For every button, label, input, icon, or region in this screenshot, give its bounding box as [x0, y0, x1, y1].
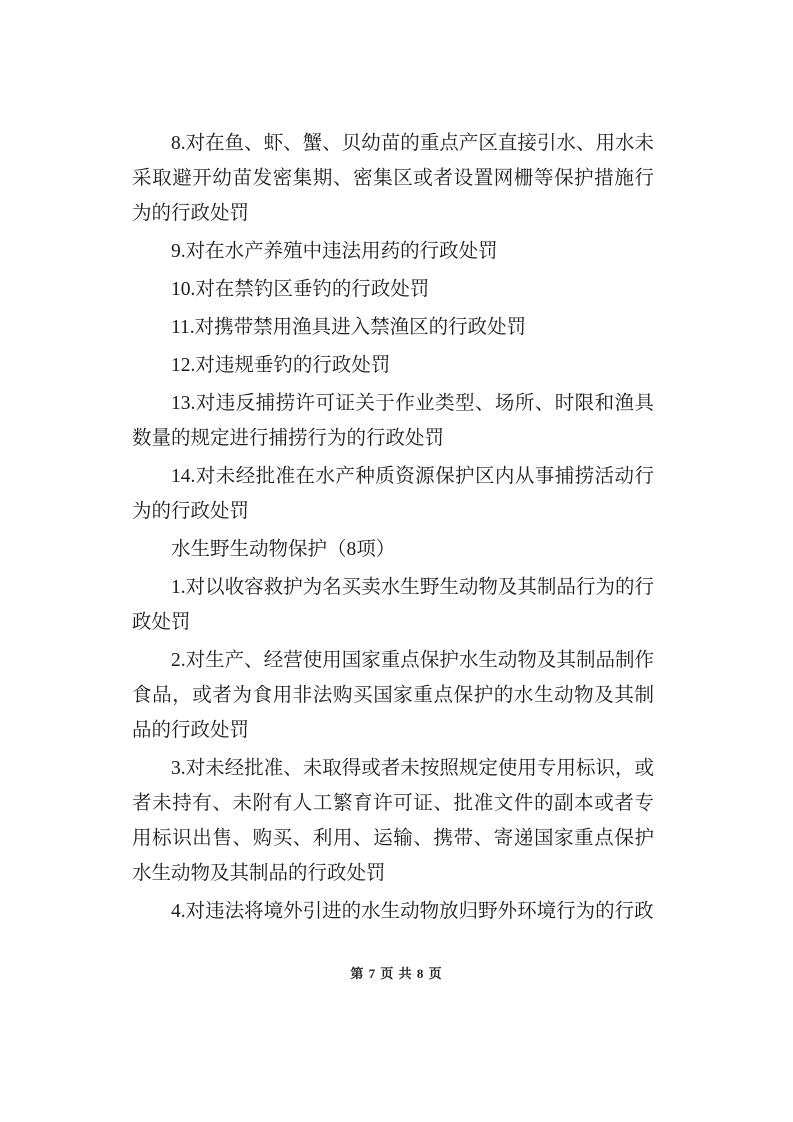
paragraph: 12.对违规垂钓的行政处罚 [132, 348, 654, 383]
page-number-footer: 第 7 页 共 8 页 [0, 963, 793, 982]
paragraph: 14.对未经批准在水产种质资源保护区内从事捕捞活动行为的行政处罚 [132, 459, 654, 529]
paragraph: 1.对以收容救护为名买卖水生野生动物及其制品行为的行政处罚 [132, 570, 654, 640]
document-body: 8.对在鱼、虾、蟹、贝幼苗的重点产区直接引水、用水未采取避开幼苗发密集期、密集区… [132, 126, 654, 932]
paragraph: 9.对在水产养殖中违法用药的行政处罚 [132, 234, 654, 269]
paragraph: 13.对违反捕捞许可证关于作业类型、场所、时限和渔具数量的规定进行捕捞行为的行政… [132, 386, 654, 456]
paragraph: 4.对违法将境外引进的水生动物放归野外环境行为的行政 [132, 894, 654, 929]
paragraph: 8.对在鱼、虾、蟹、贝幼苗的重点产区直接引水、用水未采取避开幼苗发密集期、密集区… [132, 126, 654, 231]
paragraph: 11.对携带禁用渔具进入禁渔区的行政处罚 [132, 310, 654, 345]
paragraph: 2.对生产、经营使用国家重点保护水生动物及其制品制作食品，或者为食用非法购买国家… [132, 643, 654, 748]
section-heading: 水生野生动物保护（8项） [132, 532, 654, 567]
paragraph: 3.对未经批准、未取得或者未按照规定使用专用标识，或者未持有、未附有人工繁育许可… [132, 751, 654, 891]
document-page: 8.对在鱼、虾、蟹、贝幼苗的重点产区直接引水、用水未采取避开幼苗发密集期、密集区… [0, 0, 793, 1122]
paragraph: 10.对在禁钓区垂钓的行政处罚 [132, 272, 654, 307]
